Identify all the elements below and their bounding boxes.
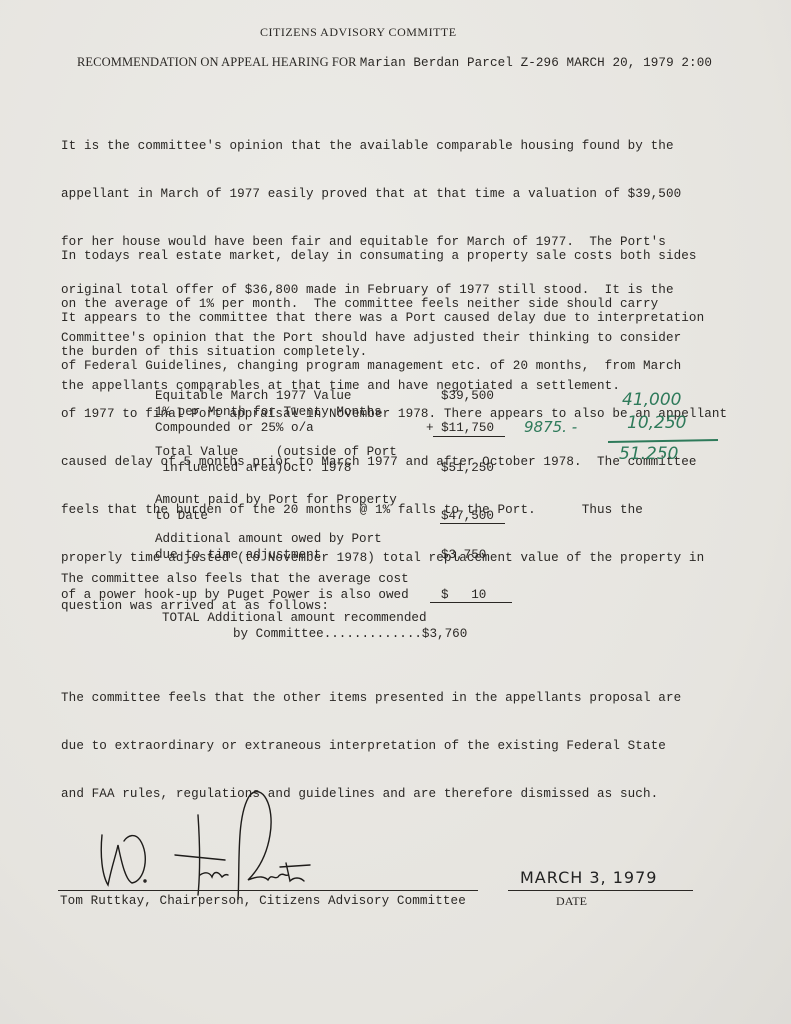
amount-underline (440, 523, 505, 524)
sum-underline (433, 436, 505, 437)
handwritten-left-figure: 9875. - (524, 418, 577, 436)
subtitle-details: Marian Berdan Parcel Z-296 MARCH 20, 197… (360, 56, 712, 70)
handwritten-figure-2: 10,250 (627, 413, 686, 433)
paragraph-line: In todays real estate market, delay in c… (61, 248, 697, 264)
handwritten-date: MARCH 3, 1979 (520, 868, 657, 887)
calc-row-label: Equitable March 1977 Value (155, 388, 352, 404)
document-title: CITIZENS ADVISORY COMMITTE (260, 24, 457, 40)
calc-row-label: 1% per Month for Twenty Months (155, 404, 382, 420)
paragraph-line: of Federal Guidelines, changing program … (61, 358, 727, 374)
handwritten-sum: 51.250 (619, 444, 678, 464)
signature-line (58, 890, 478, 891)
total-line: TOTAL Additional amount recommended (162, 610, 427, 626)
calc-row-label: due to time adjustment (155, 547, 321, 563)
paragraph-line: The committee feels that the other items… (61, 690, 681, 706)
calc-row-amount: $51,250 (441, 460, 494, 476)
calc-row-label: Total Value (outside of Port (155, 444, 397, 460)
calc-row-label: influenced area)Oct. 1978 (155, 460, 352, 476)
date-label: DATE (556, 893, 587, 909)
calc-row-amount: $3,750 (441, 547, 486, 563)
document-subtitle: RECOMMENDATION ON APPEAL HEARING FOR Mar… (77, 54, 712, 71)
paragraph-line: appellant in March of 1977 easily proved… (61, 186, 681, 202)
paragraph-line: due to extraordinary or extraneous inter… (61, 738, 681, 754)
calc-row-label: Compounded or 25% o/a (155, 420, 314, 436)
handwritten-figure-1: 41,000 (622, 390, 681, 410)
power-hookup-amount: $ 10 (441, 587, 486, 603)
power-hookup-line: of a power hook-up by Puget Power is als… (61, 587, 409, 603)
calc-row-label: to Date (155, 508, 208, 524)
date-line (508, 890, 693, 891)
document-page: CITIZENS ADVISORY COMMITTE RECOMMENDATIO… (0, 0, 791, 1024)
subtitle-prefix: RECOMMENDATION ON APPEAL HEARING FOR (77, 55, 357, 69)
hookup-underline (430, 602, 512, 603)
paragraph-line: It appears to the committee that there w… (61, 310, 727, 326)
calc-row-label: Amount paid by Port for Property (155, 492, 397, 508)
total-amount-line: by Committee.............$3,760 (233, 626, 467, 642)
calc-row-amount: + $11,750 (426, 420, 494, 436)
calc-row-amount: $47,500 (441, 508, 494, 524)
paragraph-line: It is the committee's opinion that the a… (61, 138, 681, 154)
signatory-name: Tom Ruttkay, Chairperson, Citizens Advis… (60, 893, 466, 909)
handwritten-signature (90, 785, 330, 900)
power-hookup-line: The committee also feels that the averag… (61, 571, 409, 587)
calc-row-label: Additional amount owed by Port (155, 531, 382, 547)
calc-row-amount: $39,500 (441, 388, 494, 404)
